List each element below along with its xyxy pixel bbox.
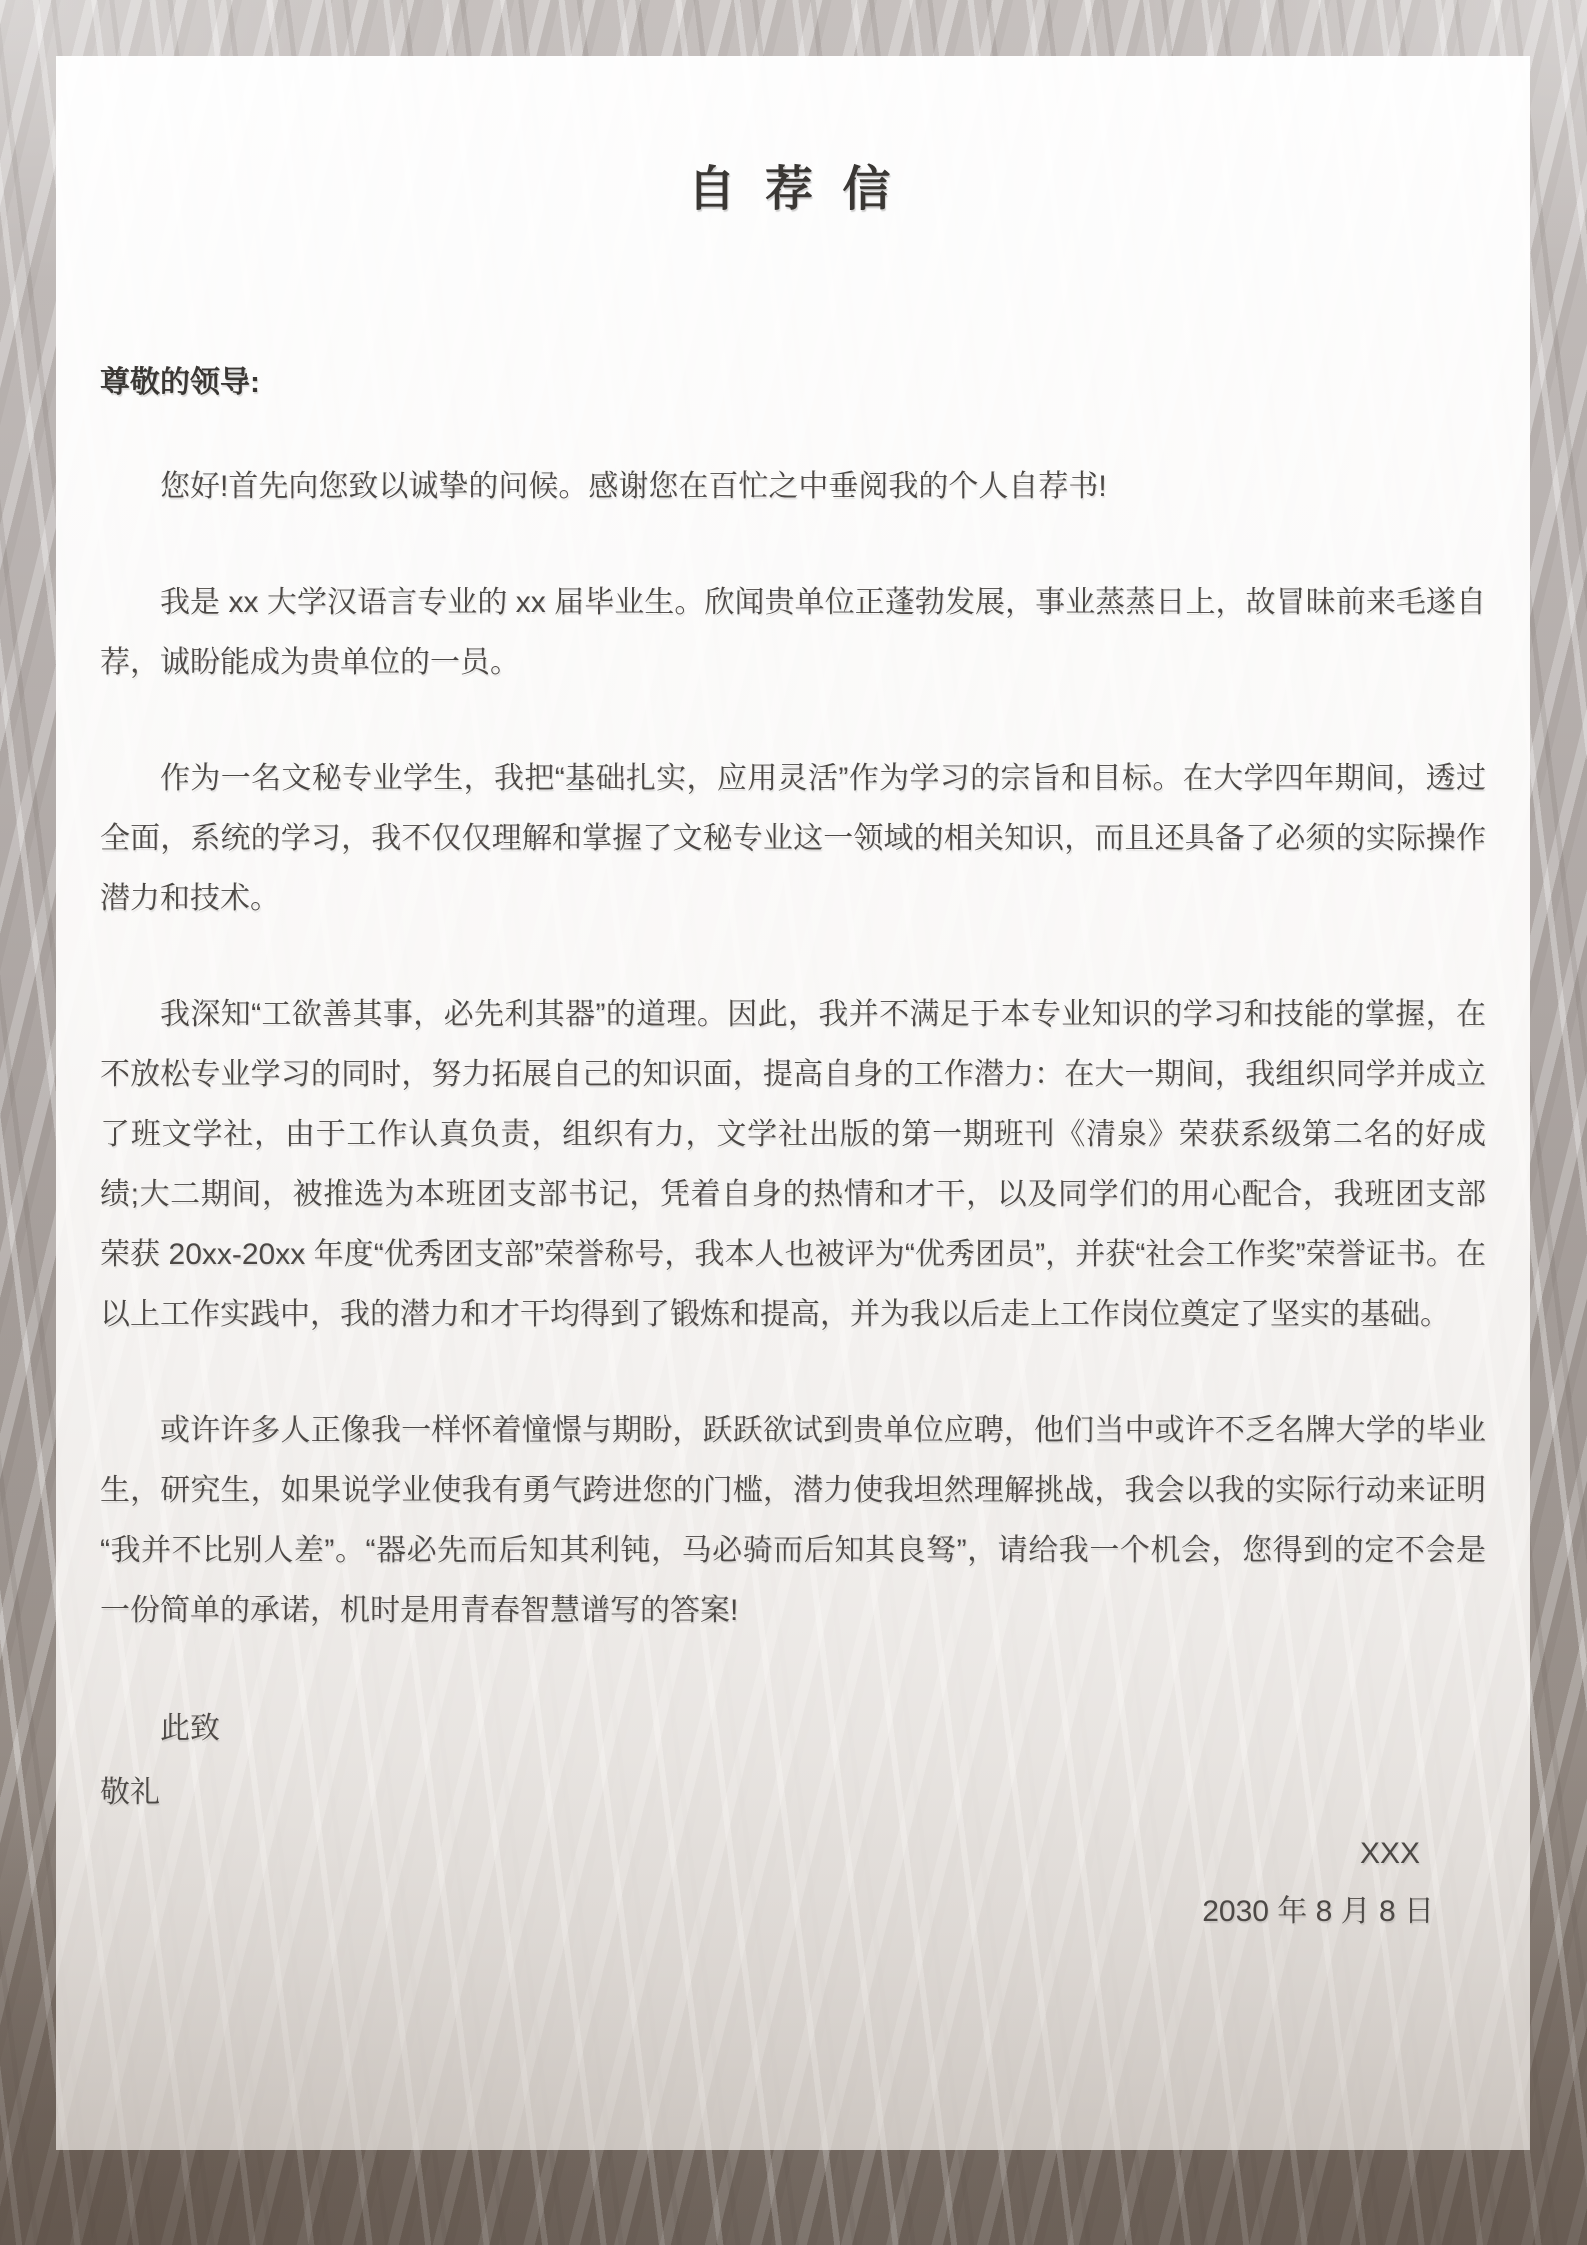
letter-signature-date: 2030 年 8 月 8 日 (100, 1883, 1434, 1941)
letter-salutation: 尊敬的领导: (100, 357, 1486, 401)
letter-paragraph-studies: 作为一名文秘专业学生，我把“基础扎实，应用灵活”作为学习的宗旨和目标。在大学四年… (100, 749, 1486, 929)
letter-paper: 自 荐 信 尊敬的领导: 您好!首先向您致以诚挚的问候。感谢您在百忙之中垂阅我的… (56, 56, 1530, 2150)
letter-page-background: 自 荐 信 尊敬的领导: 您好!首先向您致以诚挚的问候。感谢您在百忙之中垂阅我的… (0, 0, 1587, 2245)
letter-paragraph-intro: 我是 xx 大学汉语言专业的 xx 届毕业生。欣闻贵单位正蓬勃发展，事业蒸蒸日上… (100, 573, 1486, 693)
letter-paragraph-greeting: 您好!首先向您致以诚挚的问候。感谢您在百忙之中垂阅我的个人自荐书! (100, 457, 1486, 517)
letter-signature-name: XXX (100, 1825, 1420, 1883)
letter-title: 自 荐 信 (100, 150, 1486, 219)
letter-closing-cizhi: 此致 (100, 1699, 1486, 1759)
letter-closing-jingli: 敬礼 (100, 1763, 1486, 1823)
letter-signature-block: XXX 2030 年 8 月 8 日 (100, 1825, 1486, 1941)
letter-content: 自 荐 信 尊敬的领导: 您好!首先向您致以诚挚的问候。感谢您在百忙之中垂阅我的… (56, 56, 1530, 1941)
letter-paragraph-experience: 我深知“工欲善其事，必先利其器”的道理。因此，我并不满足于本专业知识的学习和技能… (100, 985, 1486, 1345)
letter-paragraph-appeal: 或许许多人正像我一样怀着憧憬与期盼，跃跃欲试到贵单位应聘，他们当中或许不乏名牌大… (100, 1401, 1486, 1641)
